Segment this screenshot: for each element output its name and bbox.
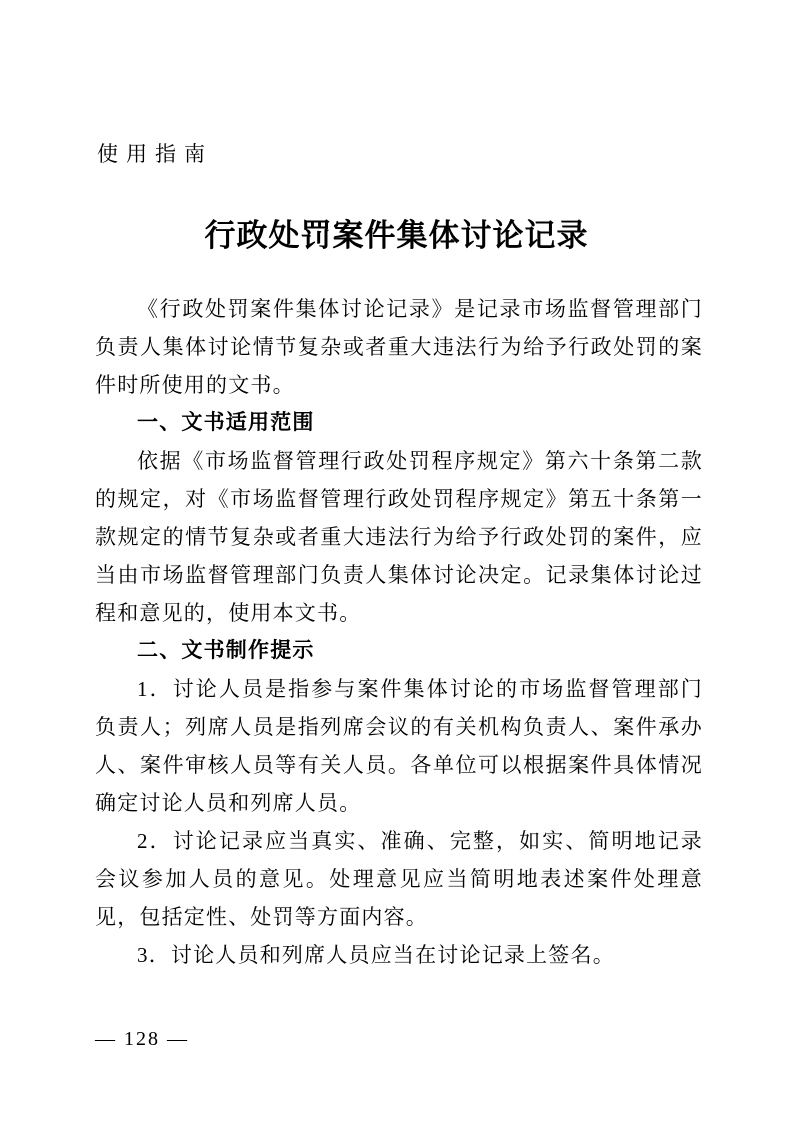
section-1-heading: 一、文书适用范围 — [95, 404, 703, 442]
section-1-paragraph: 依据《市场监督管理行政处罚程序规定》第六十条第二款的规定，对《市场监督管理行政处… — [95, 442, 703, 632]
document-page: 使用指南 行政处罚案件集体讨论记录 《行政处罚案件集体讨论记录》是记录市场监督管… — [0, 0, 793, 1122]
section-2-heading: 二、文书制作提示 — [95, 632, 703, 670]
section-2-item-3: 3．讨论人员和列席人员应当在讨论记录上签名。 — [95, 936, 703, 974]
section-2-item-1: 1．讨论人员是指参与案件集体讨论的市场监督管理部门负责人；列席人员是指列席会议的… — [95, 670, 703, 822]
intro-paragraph: 《行政处罚案件集体讨论记录》是记录市场监督管理部门负责人集体讨论情节复杂或者重大… — [95, 290, 703, 404]
document-title: 行政处罚案件集体讨论记录 — [0, 210, 793, 255]
document-body: 《行政处罚案件集体讨论记录》是记录市场监督管理部门负责人集体讨论情节复杂或者重大… — [95, 290, 703, 974]
page-number: — 128 — — [95, 1028, 189, 1051]
section-2-item-2: 2．讨论记录应当真实、准确、完整，如实、简明地记录会议参加人员的意见。处理意见应… — [95, 822, 703, 936]
guide-label: 使用指南 — [97, 138, 213, 168]
